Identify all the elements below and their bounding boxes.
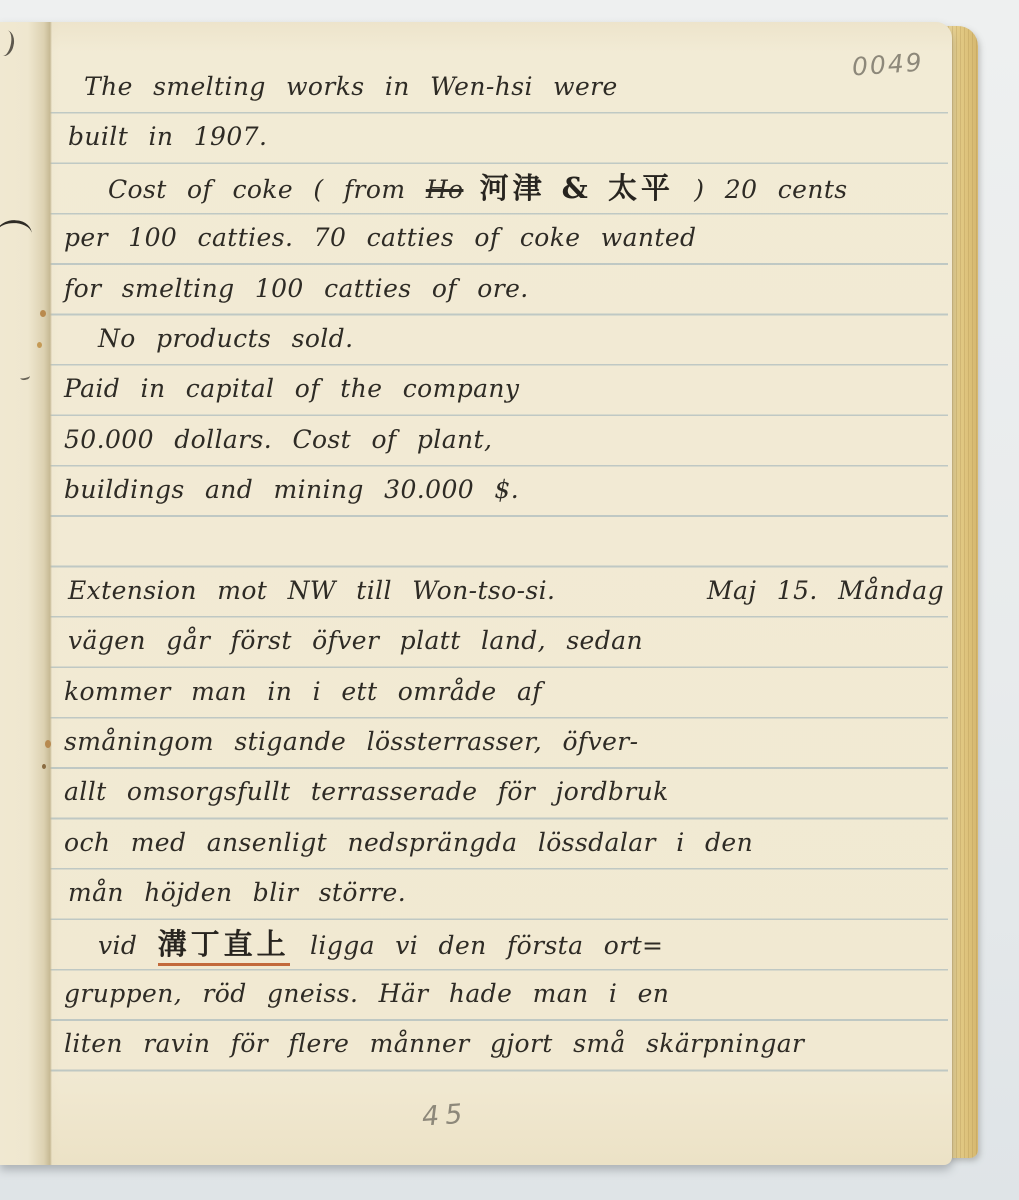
handwriting-line: liten ravin för flere månner gjort små s… (62, 1019, 946, 1069)
handwriting-segment: småningom stigande lössterrasser, öfver- (64, 727, 639, 756)
handwriting-segment: ) 20 cents (674, 175, 848, 204)
handwriting-line: vägen går först öfver platt land, sedan (62, 616, 946, 666)
handwriting-segment-strike: Ho (426, 175, 464, 204)
wormhole-spot (45, 740, 51, 748)
handwriting-segment: allt omsorgsfullt terrasserade för jordb… (64, 777, 669, 806)
handwriting-segment: Paid in capital of the company (64, 374, 519, 403)
handwriting-segment-cjk-underlined: 溝丁直上 (158, 927, 290, 966)
handwriting-segment: mån höjden blir större. (68, 878, 406, 907)
handwriting-segment: vid (98, 931, 158, 960)
wormhole-spot (42, 764, 46, 769)
handwriting-segment: Cost of coke ( from (108, 175, 426, 204)
handwriting-line: mån höjden blir större. (62, 868, 946, 918)
notebook-page: 0049 The smelting works in Wen-hsi wereb… (0, 22, 952, 1165)
handwriting-segment: och med ansenligt nedsprängda lössdalar … (64, 828, 753, 857)
handwriting-line: Cost of coke ( from Ho 河津 & 太平 ) 20 cent… (62, 163, 946, 213)
handwriting-segment: buildings and mining 30.000 $. (64, 475, 519, 504)
handwriting-segment: per 100 catties. 70 catties of coke want… (64, 223, 696, 252)
handwriting-line: gruppen, röd gneiss. Här hade man i en (62, 969, 946, 1019)
handwriting-segment: built in 1907. (68, 122, 267, 151)
page-number-pencil: 45 (421, 1098, 469, 1132)
handwriting-block: The smelting works in Wen-hsi werebuilt … (62, 62, 946, 1070)
scanned-notebook-photo: 0049 The smelting works in Wen-hsi wereb… (0, 0, 1019, 1200)
handwriting-segment: for smelting 100 catties of ore. (64, 274, 529, 303)
handwriting-line: kommer man in i ett område af (62, 667, 946, 717)
handwriting-segment: Extension mot NW till Won-tso-si. (68, 576, 555, 605)
handwriting-line: vid 溝丁直上 ligga vi den första ort= (62, 919, 946, 969)
handwriting-segment: vägen går först öfver platt land, sedan (68, 626, 643, 655)
wormhole-spot (37, 342, 42, 348)
handwriting-line: for smelting 100 catties of ore. (62, 264, 946, 314)
handwriting-line: Extension mot NW till Won-tso-si.Maj 15.… (62, 566, 946, 616)
gutter-facing-page (0, 22, 52, 1165)
handwriting-line (62, 516, 946, 566)
handwriting-segment: liten ravin för flere månner gjort små s… (64, 1029, 804, 1058)
handwriting-line: The smelting works in Wen-hsi were (62, 62, 946, 112)
handwriting-segment: The smelting works in Wen-hsi were (84, 72, 618, 101)
handwriting-line: och med ansenligt nedsprängda lössdalar … (62, 818, 946, 868)
handwriting-line: built in 1907. (62, 112, 946, 162)
handwriting-line: allt omsorgsfullt terrasserade för jordb… (62, 767, 946, 817)
handwriting-segment: kommer man in i ett område af (64, 677, 542, 706)
handwriting-line: buildings and mining 30.000 $. (62, 465, 946, 515)
wormhole-spot (40, 310, 46, 317)
handwriting-segment: gruppen, röd gneiss. Här hade man i en (64, 979, 669, 1008)
handwriting-line: No products sold. (62, 314, 946, 364)
handwriting-line: 50.000 dollars. Cost of plant, (62, 415, 946, 465)
handwriting-line: Paid in capital of the company (62, 364, 946, 414)
handwriting-segment: ligga vi den första ort= (290, 931, 664, 960)
handwriting-line: småningom stigande lössterrasser, öfver- (62, 717, 946, 767)
handwriting-line: per 100 catties. 70 catties of coke want… (62, 213, 946, 263)
handwriting-segment: No products sold. (98, 324, 353, 353)
handwriting-segment-cjk: 河津 & 太平 (463, 171, 673, 205)
date-note: Maj 15. Måndag (707, 566, 944, 616)
handwriting-segment: 50.000 dollars. Cost of plant, (64, 425, 492, 454)
